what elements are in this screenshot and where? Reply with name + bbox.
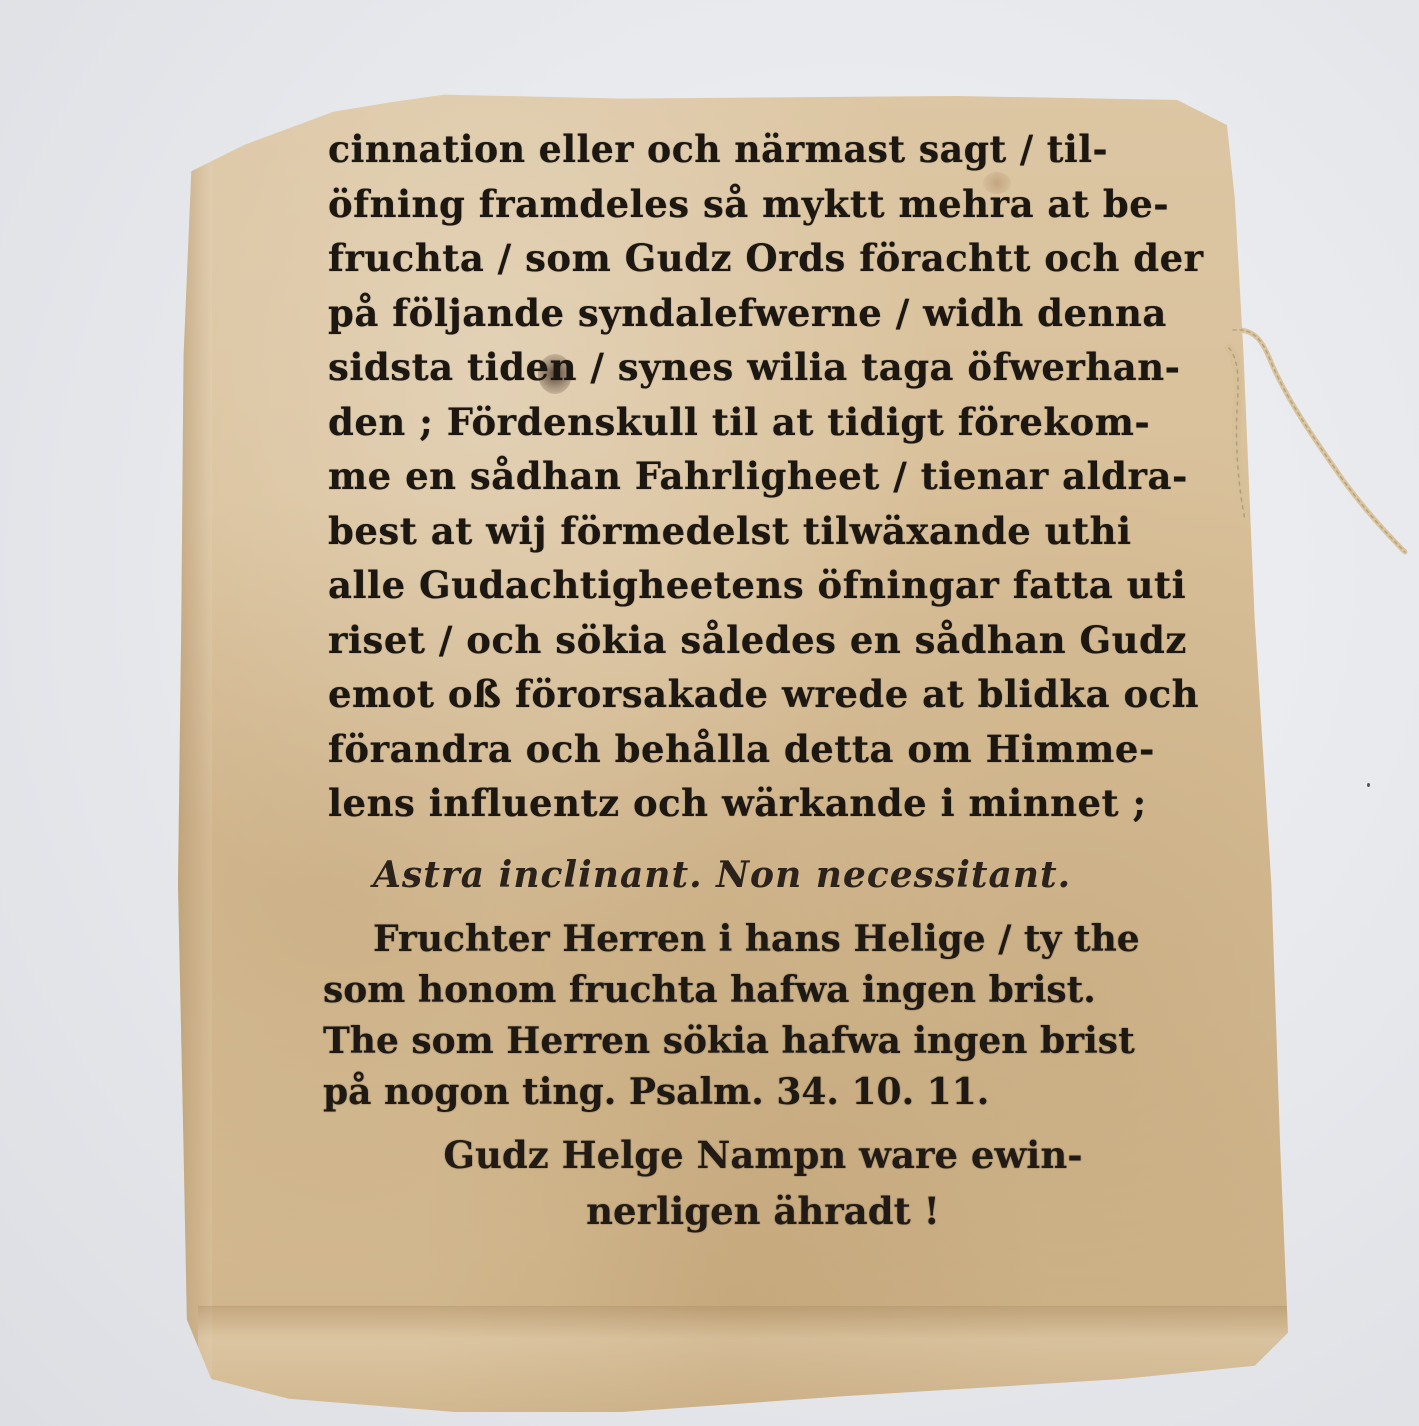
psalm-line: The som Herren sökia hafwa ingen brist <box>323 1016 1183 1067</box>
psalm-line: som honom fruchta hafwa ingen brist. <box>323 965 1183 1016</box>
latin-motto: Astra inclinant. Non necessitant. <box>373 854 1071 896</box>
psalm-quotation: Fruchter Herren i hans Helige / ty the s… <box>323 914 1183 1118</box>
psalm-line: Fruchter Herren i hans Helige / ty the <box>323 914 1183 965</box>
body-text: cinnation eller och närmast sagt / til- … <box>328 122 1168 831</box>
body-line: me en sådhan Fahrligheet / tienar aldra- <box>328 449 1168 504</box>
page-left-edge <box>178 152 212 1382</box>
page-bottom-fold <box>198 1306 1288 1412</box>
body-line: cinnation eller och närmast sagt / til- <box>328 122 1151 177</box>
closing-line: nerligen ähradt ! <box>373 1183 1153 1239</box>
body-line: fruchta / som Gudz Ords förachtt och der <box>328 231 1168 286</box>
body-line: sidsta tiden / synes wilia taga öfwerhan… <box>328 340 1168 395</box>
body-line: lens influentz och wärkande i minnet ; <box>328 776 1168 831</box>
psalm-line: på nogon ting. Psalm. 34. 10. 11. <box>323 1067 1183 1118</box>
binding-thread-icon <box>1225 320 1415 570</box>
closing-doxology: Gudz Helge Nampn ware ewin- nerligen ähr… <box>373 1127 1153 1239</box>
body-line: alle Gudachtigheetens öfningar fatta uti <box>328 558 1168 613</box>
body-line: den ; Fördenskull til at tidigt förekom- <box>328 395 1168 450</box>
body-line: öfning framdeles så myktt mehra at be- <box>328 177 1168 232</box>
body-line: emot oß förorsakade wrede at blidka och <box>328 667 1168 722</box>
dust-speck <box>1367 783 1370 787</box>
body-line: på följande syndalefwerne / widh denna <box>328 286 1168 341</box>
closing-line: Gudz Helge Nampn ware ewin- <box>373 1127 1153 1183</box>
body-line: förandra och behålla detta om Himme- <box>328 722 1168 777</box>
body-line: riset / och sökia således en sådhan Gudz <box>328 613 1168 668</box>
book-page: cinnation eller och närmast sagt / til- … <box>178 92 1288 1412</box>
body-line: best at wij förmedelst tilwäxande uthi <box>328 504 1168 559</box>
